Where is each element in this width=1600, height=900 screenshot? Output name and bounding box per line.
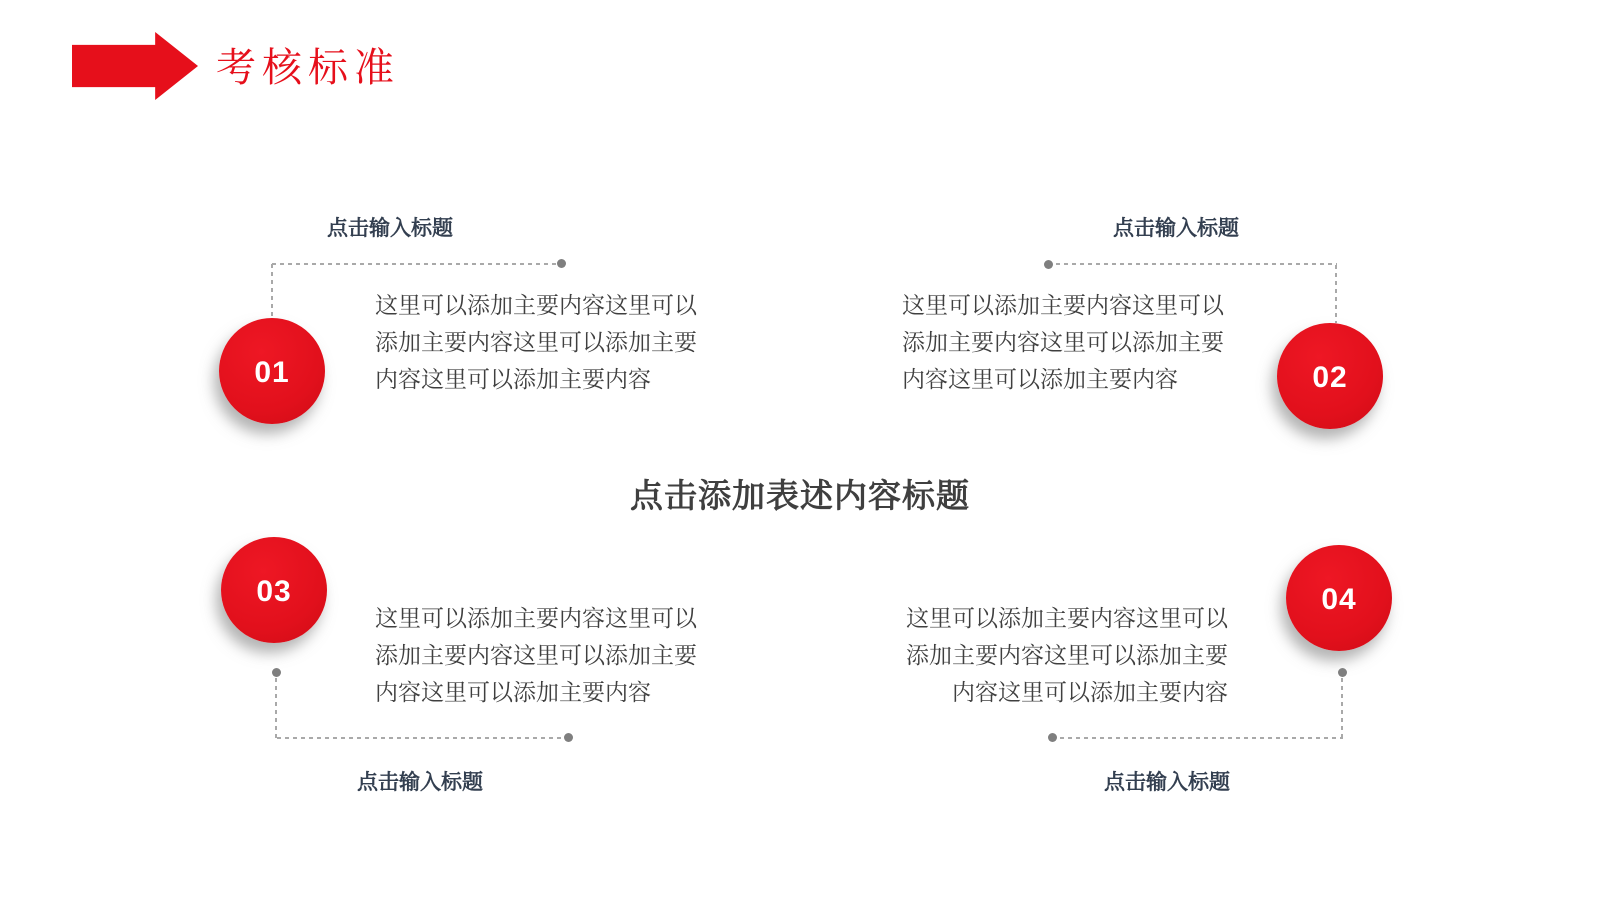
item-01-connector-line-horizontal — [272, 263, 558, 265]
item-01-connector-end-dot — [557, 259, 566, 268]
item-01-number: 01 — [254, 353, 289, 390]
body-line: 这里可以添加主要内容这里可以 — [375, 600, 705, 637]
item-04-connector-line-horizontal — [1060, 737, 1343, 739]
body-line: 添加主要内容这里可以添加主要 — [375, 637, 705, 674]
center-title-placeholder[interactable]: 点击添加表述内容标题 — [0, 470, 1600, 517]
item-04-label[interactable]: 点击输入标题 — [1017, 766, 1317, 796]
body-line: 内容这里可以添加主要内容 — [902, 361, 1232, 398]
item-04-connector-start-dot — [1338, 668, 1347, 677]
item-02-label[interactable]: 点击输入标题 — [1026, 212, 1326, 242]
item-01-connector-line-vertical — [271, 264, 273, 319]
body-line: 内容这里可以添加主要内容 — [898, 674, 1228, 711]
item-01-number-badge[interactable]: 01 — [219, 318, 325, 424]
item-02-connector-line-horizontal — [1056, 263, 1337, 265]
item-02-number-badge[interactable]: 02 — [1277, 323, 1383, 429]
right-arrow-icon — [72, 32, 198, 100]
item-01-body-text[interactable]: 这里可以添加主要内容这里可以 添加主要内容这里可以添加主要 内容这里可以添加主要… — [375, 287, 705, 398]
item-02-body-text[interactable]: 这里可以添加主要内容这里可以 添加主要内容这里可以添加主要 内容这里可以添加主要… — [902, 287, 1232, 398]
body-line: 内容这里可以添加主要内容 — [375, 674, 705, 711]
item-02-connector-line-vertical — [1335, 265, 1337, 323]
item-03-connector-line-horizontal — [277, 737, 563, 739]
item-03-connector-line-vertical — [275, 678, 277, 738]
item-03-label[interactable]: 点击输入标题 — [270, 766, 570, 796]
item-02-number: 02 — [1312, 358, 1347, 395]
item-02-connector-end-dot — [1044, 260, 1053, 269]
item-04-body-text[interactable]: 这里可以添加主要内容这里可以 添加主要内容这里可以添加主要 内容这里可以添加主要… — [898, 600, 1228, 711]
item-03-connector-end-dot — [564, 733, 573, 742]
item-03-number-badge[interactable]: 03 — [221, 537, 327, 643]
body-line: 添加主要内容这里可以添加主要 — [902, 324, 1232, 361]
body-line: 内容这里可以添加主要内容 — [375, 361, 705, 398]
item-04-number: 04 — [1321, 580, 1356, 617]
slide-title[interactable]: 考核标准 — [216, 44, 400, 92]
body-line: 这里可以添加主要内容这里可以 — [898, 600, 1228, 637]
item-03-connector-start-dot — [272, 668, 281, 677]
item-03-body-text[interactable]: 这里可以添加主要内容这里可以 添加主要内容这里可以添加主要 内容这里可以添加主要… — [375, 600, 705, 711]
body-line: 这里可以添加主要内容这里可以 — [375, 287, 705, 324]
slide-canvas: 考核标准 点击添加表述内容标题 点击输入标题 01 这里可以添加主要内容这里可以… — [0, 0, 1600, 900]
item-04-connector-end-dot — [1048, 733, 1057, 742]
item-01-label[interactable]: 点击输入标题 — [240, 212, 540, 242]
item-04-number-badge[interactable]: 04 — [1286, 545, 1392, 651]
item-04-connector-line-vertical — [1341, 678, 1343, 738]
body-line: 这里可以添加主要内容这里可以 — [902, 287, 1232, 324]
body-line: 添加主要内容这里可以添加主要 — [375, 324, 705, 361]
body-line: 添加主要内容这里可以添加主要 — [898, 637, 1228, 674]
item-03-number: 03 — [256, 572, 291, 609]
